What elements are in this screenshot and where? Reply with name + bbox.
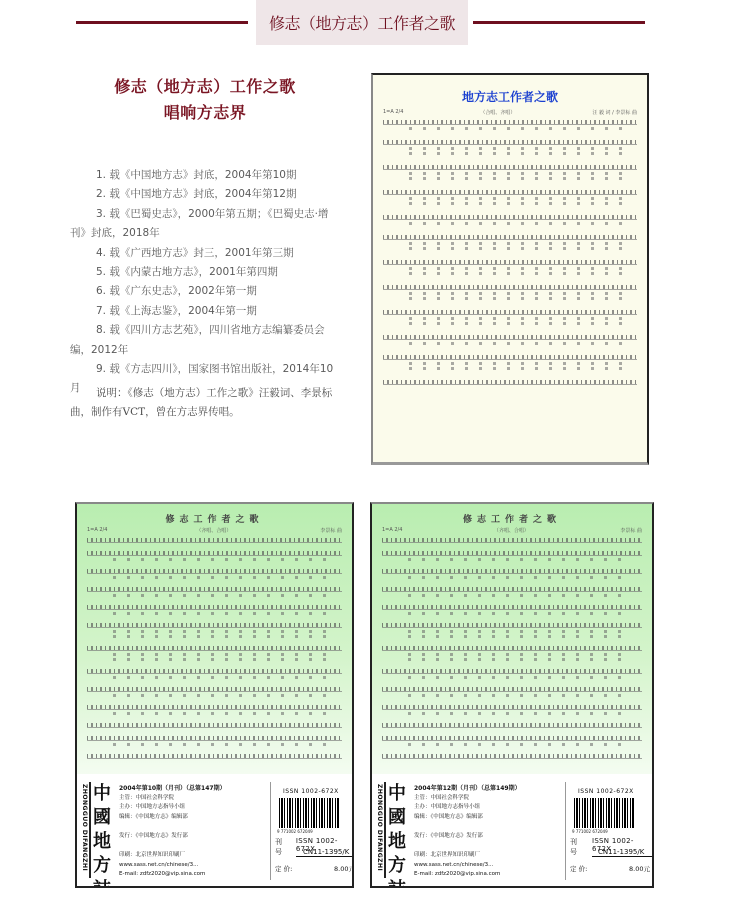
price-label: 定 价: (570, 864, 587, 873)
score-key: 1=A 2/4 (383, 109, 403, 116)
cn-number: CN11-1395/K (598, 848, 644, 856)
header-title: 修志（地方志）工作者之歌 (269, 11, 455, 34)
price: 8.00元 (334, 864, 354, 873)
article-title-line2: 唱响方志界 (90, 100, 320, 123)
cover-score-key: 1=A 2/4 (87, 527, 107, 534)
score-title: 地方志工作者之歌 (373, 88, 647, 105)
score-subtitle: （合唱、齐唱） (480, 109, 515, 116)
kanhao-label: 刊 号 (570, 837, 586, 857)
header-rule-left (76, 21, 248, 24)
publication-list: 1. 载《中国地方志》封底，2004年第10期 2. 载《中国地方志》封底，20… (70, 166, 340, 399)
cover-score-subtitle: （齐唱、合唱） (196, 527, 231, 534)
publication-info: 2004年第12期（月刊）（总第149期） 主管：中国社会科学院 主办：中国地方… (414, 784, 564, 880)
publication-info: 2004年第10期（月刊）（总第147期） 主管：中国社会科学院 主办：中国地方… (119, 784, 269, 880)
issn-top: ISSN 1002-672X (578, 788, 634, 795)
list-item: 3. 载《巴蜀史志》，2000年第五期；《巴蜀史志·增刊》封底，2018年 (70, 205, 340, 244)
explanatory-note: 说明：《修志（地方志）工作之歌》汪毅词、李景标曲，制作有VCT，曾在方志界传唱。 (70, 384, 340, 422)
barcode (279, 798, 339, 828)
list-item: 6. 载《广东史志》，2002年第一期 (70, 282, 340, 301)
article-title-line1: 修志（地方志）工作之歌 (90, 74, 320, 97)
barcode (574, 798, 634, 828)
cover-score-subtitle: （齐唱、合唱） (494, 527, 529, 534)
cover-score-key: 1=A 2/4 (382, 527, 402, 534)
barcode-number: 9 771002 672049 (572, 829, 608, 834)
colophon: ZHONGGUO DIFANGZHI 中國地方誌 2004年第12期（月刊）（总… (372, 774, 652, 886)
issn-top: ISSN 1002-672X (283, 788, 339, 795)
list-item: 5. 载《内蒙古地方志》，2001年第四期 (70, 263, 340, 282)
kanhao-label: 刊 号 (275, 837, 290, 857)
magazine-cover-issue-10: 修志工作者之歌 1=A 2/4 （齐唱、合唱） 李景标 曲 ZHONGGUO D… (75, 502, 354, 888)
price-label: 定 价: (275, 864, 292, 873)
cover-score-title: 修志工作者之歌 (372, 512, 652, 525)
vertical-label: ZHONGGUO DIFANGZHI (80, 784, 88, 871)
score-credits: 汪 毅 词 / 李景标 曲 (592, 109, 637, 116)
score-image-cream: 地方志工作者之歌 1=A 2/4 （合唱、齐唱） 汪 毅 词 / 李景标 曲 (371, 73, 649, 465)
price: 8.00元 (629, 864, 650, 873)
list-item: 7. 载《上海志鉴》，2004年第一期 (70, 302, 340, 321)
magazine-logo: 中國地方誌 (388, 782, 412, 888)
list-item: 2. 载《中国地方志》封底，2004年第12期 (70, 185, 340, 204)
list-item: 1. 载《中国地方志》封底，2004年第10期 (70, 166, 340, 185)
barcode-number: 9 771002 672049 (277, 829, 313, 834)
header-rule-right (473, 21, 645, 24)
magazine-logo: 中國地方誌 (93, 782, 117, 888)
vertical-label: ZHONGGUO DIFANGZHI (375, 784, 383, 871)
cover-score-credits: 李景标 曲 (320, 527, 342, 534)
cover-score-title: 修志工作者之歌 (77, 512, 352, 525)
cover-score-notation (87, 538, 342, 759)
colophon: ZHONGGUO DIFANGZHI 中國地方誌 2004年第10期（月刊）（总… (77, 774, 352, 886)
cover-score-credits: 李景标 曲 (620, 527, 642, 534)
list-item: 8. 载《四川方志艺苑》，四川省地方志编纂委员会编，2012年 (70, 321, 340, 360)
cn-number: CN11-1395/K (303, 848, 349, 856)
score-notation (383, 120, 637, 385)
magazine-cover-issue-12: 修志工作者之歌 1=A 2/4 （齐唱、合唱） 李景标 曲 ZHONGGUO D… (370, 502, 654, 888)
cover-score-notation (382, 538, 642, 759)
header-title-box: 修志（地方志）工作者之歌 (256, 0, 468, 45)
list-item: 4. 载《广西地方志》封三，2001年第三期 (70, 244, 340, 263)
